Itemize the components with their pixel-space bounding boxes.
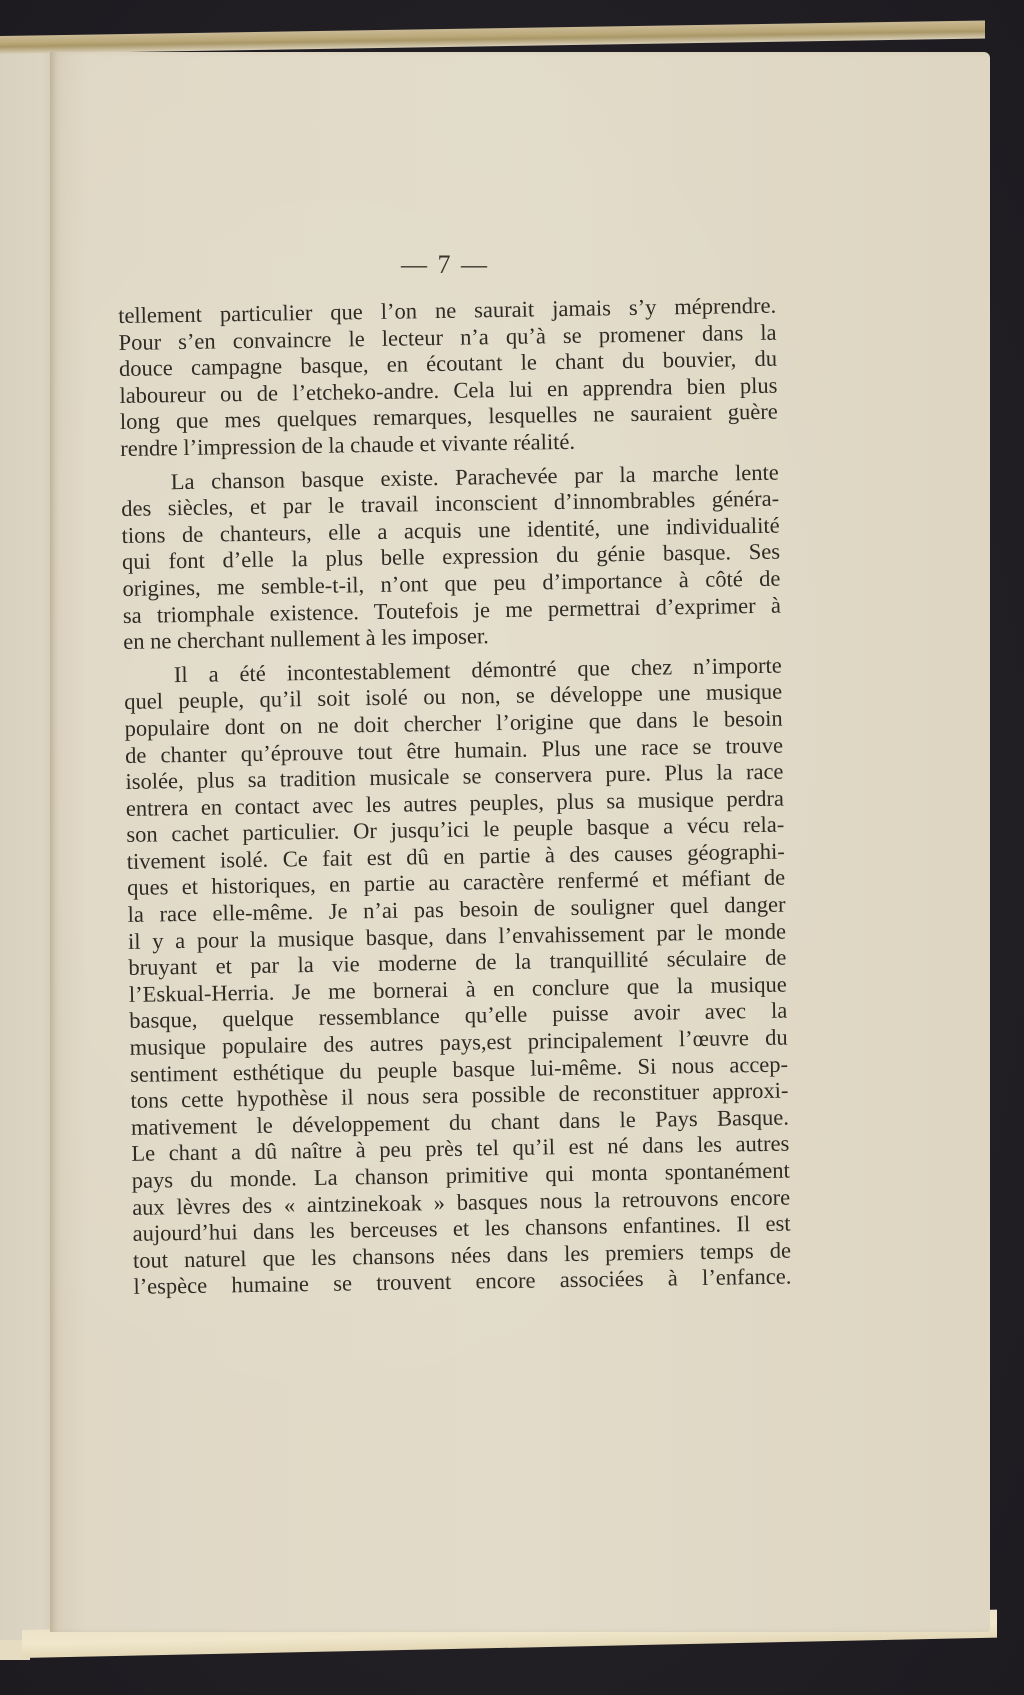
paragraph: tellement particulier que l’on ne saurai… — [118, 293, 778, 463]
body-text: tellement particulier que l’on ne saurai… — [118, 293, 792, 1301]
paragraph: Il a été incontestablement démontré que … — [124, 652, 792, 1301]
page-number: — 7 — — [395, 250, 495, 280]
paragraph: La chanson basque existe. Parachevée par… — [121, 459, 782, 655]
